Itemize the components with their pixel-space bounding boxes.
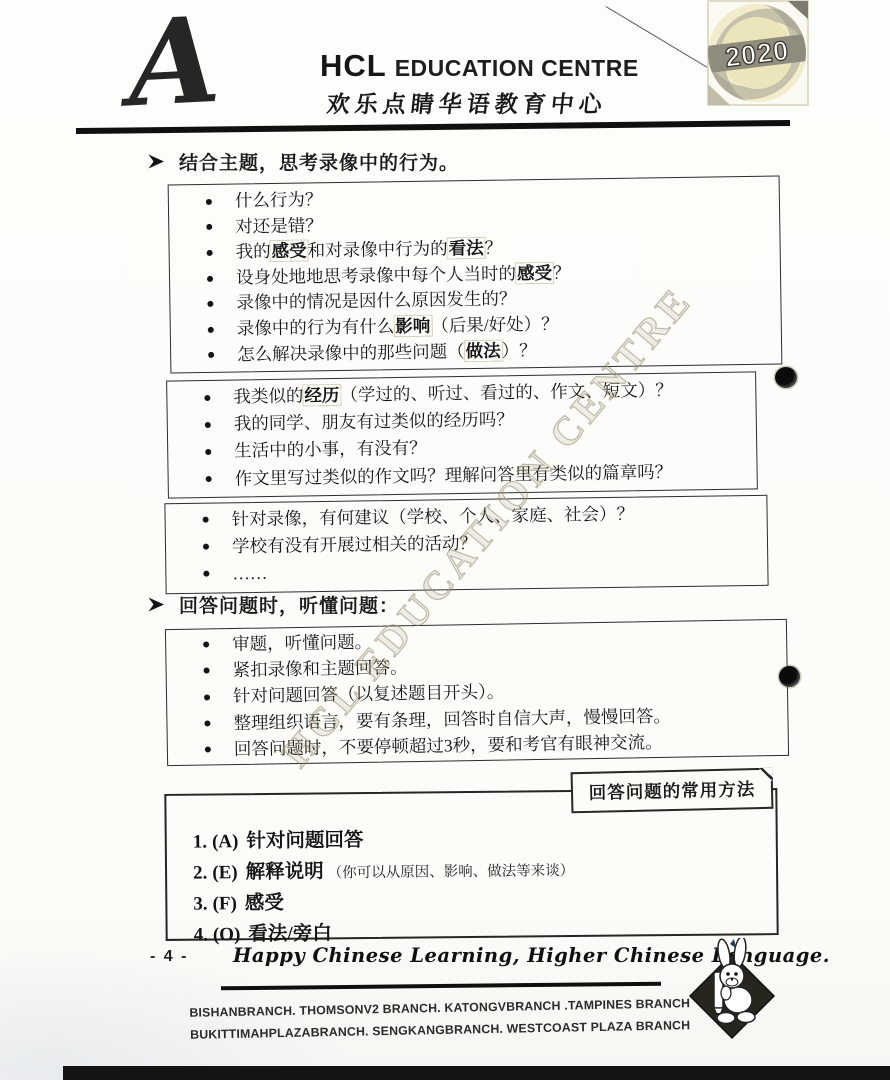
- monogram-letter-a: A: [125, 0, 223, 126]
- section-heading-2-text: 回答问题时，听懂问题：: [179, 591, 399, 618]
- bullet-dot: [206, 476, 212, 482]
- bullet-dot: [204, 395, 210, 401]
- section-heading-1: 结合主题，思考录像中的行为。: [147, 148, 459, 175]
- bullet-dot: [203, 571, 209, 577]
- method-number: 4.: [194, 924, 208, 945]
- answer-tips-box: 审题，听懂问题。紧扣录像和主题回答。针对问题回答（以复述题目开头）。整理组织语言…: [165, 619, 789, 766]
- bullet-dot: [208, 352, 214, 358]
- methods-list: 1.(A)针对问题回答2.(E)解释说明（你可以从原因、影响、做法等来谈）3.(…: [193, 822, 777, 951]
- bullet-text: 我的同学、朋友有过类似的经历吗？: [234, 409, 514, 433]
- binder-dot-1: [775, 367, 797, 388]
- year-badge-2020: 2020: [698, 0, 816, 114]
- arrow-bullet-icon: [147, 596, 166, 613]
- method-code: (A): [212, 831, 239, 852]
- bullet-dot: [203, 544, 209, 550]
- rabbit-mascot-logo: [686, 938, 778, 1042]
- scan-edge-bar: [63, 1066, 890, 1080]
- page-number: - 4 -: [150, 948, 188, 966]
- bullet-dot: [204, 694, 210, 700]
- bullet-text: 学校有没有开展过相关的活动？: [232, 533, 477, 556]
- callout-label-text: 回答问题的常用方法: [588, 776, 755, 805]
- method-text: 解释说明: [246, 861, 324, 883]
- bullet-text: 设身处地地思考录像中每个人当时的感受？: [236, 262, 571, 287]
- bullet-dot: [206, 199, 212, 205]
- bullet-text: 整理组织语言，要有条理，回答时自信大声，慢慢回答。: [233, 705, 671, 732]
- behavior-question-list: 什么行为？对还是错？我的感受和对录像中行为的看法？设身处地地思考录像中每个人当时…: [169, 180, 782, 368]
- scanned-worksheet-page: A HCLEDUCATION CENTRE 欢乐点睛华语教育中心 2020 HC…: [0, 0, 890, 1080]
- method-code: (E): [212, 862, 238, 883]
- bullet-text: 怎么解决录像中的那些问题（做法）？: [237, 340, 537, 364]
- bullet-text: 紧扣录像和主题回答。: [232, 657, 407, 680]
- suggestion-question-list: 针对录像，有何建议（学校、个人、家庭、社会）？学校有没有开展过相关的活动？……: [165, 499, 767, 588]
- bullet-dot: [207, 301, 213, 307]
- bullet-dot: [203, 642, 209, 648]
- brand-chinese-name: 欢乐点睛华语教育中心: [325, 86, 608, 119]
- footer-divider-rule: [221, 982, 661, 991]
- bullet-text: 什么行为？: [235, 189, 323, 210]
- bullet-text: 录像中的情况是因什么原因发生的？: [236, 289, 516, 313]
- method-number: 3.: [193, 894, 207, 915]
- bullet-dot: [205, 746, 211, 752]
- bullet-text: 录像中的行为有什么影响（后果/好处）？: [237, 314, 559, 339]
- question-box-experience: 我类似的经历（学过的、听过、看过的、作文、短文）？我的同学、朋友有过类似的经历吗…: [166, 371, 758, 498]
- bullet-text: 针对问题回答（以复述题目开头）。: [233, 682, 505, 706]
- bullet-text: 审题，听懂问题。: [232, 632, 372, 654]
- bullet-text: 对还是错？: [235, 215, 323, 236]
- method-number: 2.: [193, 862, 207, 883]
- answer-tips-list: 审题，听懂问题。紧扣录像和主题回答。针对问题回答（以复述题目开头）。整理组织语言…: [166, 622, 788, 763]
- brand-name: EDUCATION CENTRE: [395, 55, 639, 81]
- bullet-dot: [206, 224, 212, 230]
- method-number: 1.: [193, 832, 207, 853]
- bullet-text: 我类似的经历（学过的、听过、看过的、作文、短文）？: [233, 380, 673, 407]
- method-text: 看法/旁白: [248, 923, 332, 945]
- bullet-dot: [204, 720, 210, 726]
- binder-dot-2: [779, 666, 800, 687]
- method-code: (O): [213, 924, 241, 945]
- branch-list: BISHANBRANCH. THOMSONV2 BRANCH. KATONGVB…: [172, 992, 709, 1046]
- method-code: (F): [213, 893, 237, 914]
- bullet-dot: [207, 275, 213, 281]
- section-heading-1-text: 结合主题，思考录像中的行为。: [179, 148, 459, 175]
- bullet-dot: [204, 668, 210, 674]
- bullet-text: ……: [232, 562, 267, 582]
- method-note: （你可以从原因、影响、做法等来谈）: [328, 863, 575, 881]
- bullet-dot: [203, 517, 209, 523]
- bullet-text: 我的感受和对录像中行为的看法？: [235, 238, 502, 262]
- brand-line: HCLEDUCATION CENTRE: [320, 48, 639, 84]
- method-text: 针对问题回答: [246, 830, 363, 852]
- brand-hcl-logo: HCL: [320, 48, 387, 83]
- bullet-text: 生活中的小事，有没有？: [234, 438, 427, 461]
- bullet-dot: [208, 327, 214, 333]
- bullet-text: 回答问题时，不要停顿超过3秒，要和考官有眼神交流。: [234, 732, 663, 759]
- callout-label: 回答问题的常用方法: [571, 768, 774, 814]
- question-box-suggestions: 针对录像，有何建议（学校、个人、家庭、社会）？学校有没有开展过相关的活动？……: [164, 495, 768, 594]
- bullet-dot: [207, 250, 213, 256]
- methods-box: 1.(A)针对问题回答2.(E)解释说明（你可以从原因、影响、做法等来谈）3.(…: [164, 788, 778, 941]
- bullet-text: 针对录像，有何建议（学校、个人、家庭、社会）？: [231, 504, 634, 530]
- bullet-dot: [205, 449, 211, 455]
- experience-question-list: 我类似的经历（学过的、听过、看过的、作文、短文）？我的同学、朋友有过类似的经历吗…: [167, 375, 757, 493]
- bullet-dot: [205, 422, 211, 428]
- method-text: 感受: [245, 893, 284, 914]
- arrow-bullet-icon: [147, 153, 166, 170]
- question-box-behavior: 什么行为？对还是错？我的感受和对录像中行为的看法？设身处地地思考录像中每个人当时…: [168, 175, 783, 373]
- section-heading-2: 回答问题时，听懂问题：: [147, 591, 399, 618]
- bullet-text: 作文里写过类似的作文吗？理解问答里有类似的篇章吗？: [234, 461, 672, 488]
